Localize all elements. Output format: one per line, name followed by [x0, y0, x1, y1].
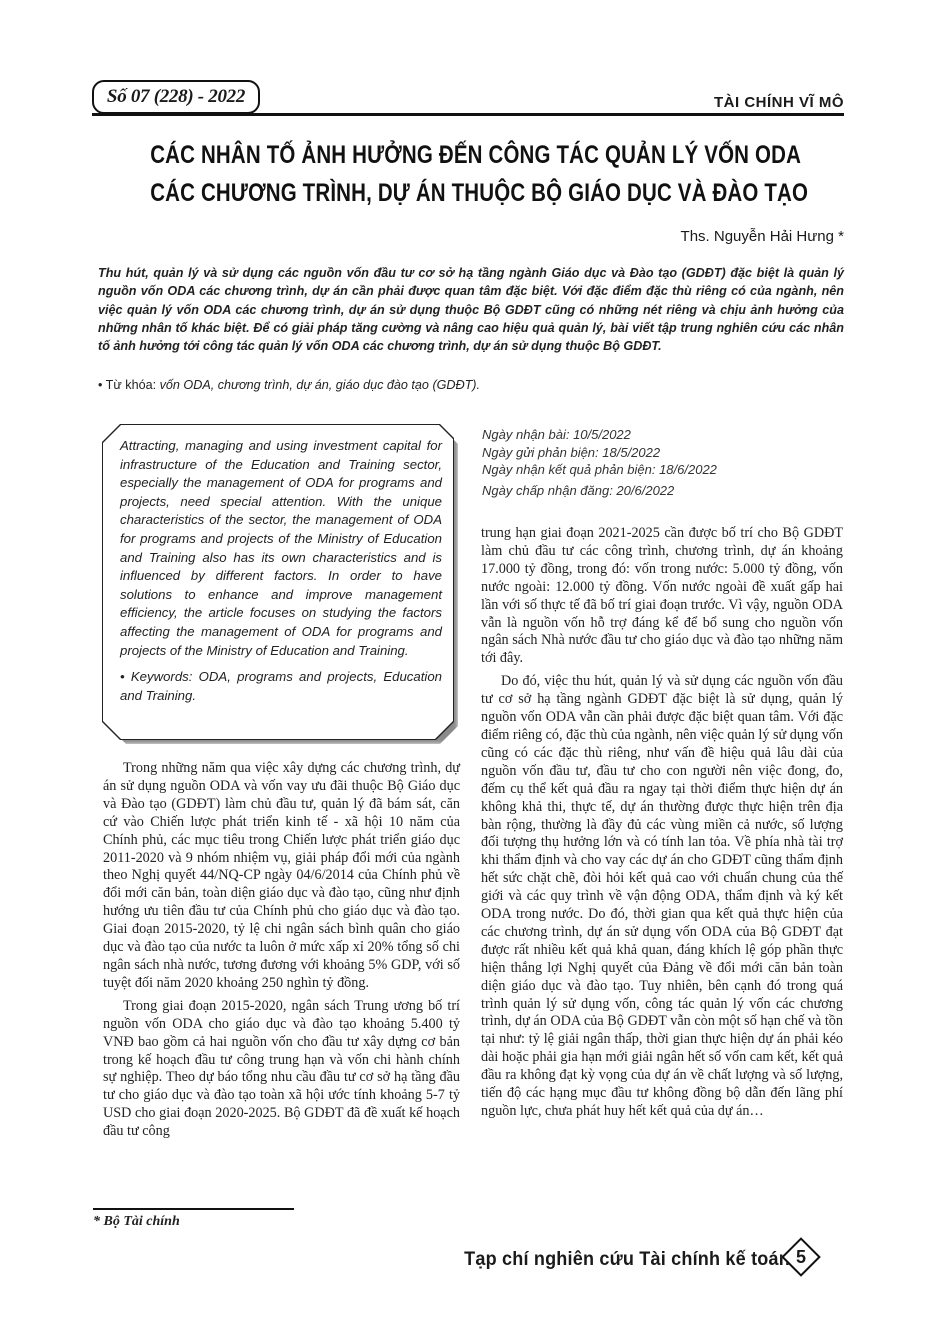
- article-title: CÁC NHÂN TỐ ẢNH HƯỞNG ĐẾN CÔNG TÁC QUẢN …: [150, 136, 790, 212]
- page-number: 5: [787, 1243, 815, 1271]
- vietnamese-keywords: • Từ khóa: vốn ODA, chương trình, dự án,…: [98, 378, 844, 392]
- article-title-line-1: CÁC NHÂN TỐ ẢNH HƯỞNG ĐẾN CÔNG TÁC QUẢN …: [150, 136, 790, 174]
- body-paragraph: Trong những năm qua việc xây dựng các ch…: [103, 760, 460, 993]
- body-paragraph: Trong giai đoạn 2015-2020, ngân sách Tru…: [103, 998, 460, 1141]
- vietnamese-summary: Thu hút, quản lý và sử dụng các nguồn vố…: [98, 264, 844, 355]
- date-review-result: Ngày nhận kết quả phản biện: 18/6/2022: [482, 461, 842, 479]
- section-label: TÀI CHÍNH VĨ MÔ: [714, 94, 844, 111]
- body-paragraph: Do đó, việc thu hút, quản lý và sử dụng …: [481, 673, 843, 1121]
- submission-dates: Ngày nhận bài: 10/5/2022 Ngày gửi phản b…: [482, 426, 842, 499]
- english-keywords: • Keywords: ODA, programs and projects, …: [120, 668, 442, 705]
- body-column-left: Trong những năm qua việc xây dựng các ch…: [103, 760, 460, 1146]
- body-column-right: trung hạn giai đoạn 2021-2025 cần được b…: [481, 525, 843, 1126]
- date-accepted: Ngày chấp nhận đăng: 20/6/2022: [482, 482, 842, 500]
- body-paragraph: trung hạn giai đoạn 2021-2025 cần được b…: [481, 525, 843, 668]
- article-title-line-2: CÁC CHƯƠNG TRÌNH, DỰ ÁN THUỘC BỘ GIÁO DỤ…: [150, 174, 790, 212]
- english-abstract: Attracting, managing and using investmen…: [120, 437, 442, 660]
- date-received: Ngày nhận bài: 10/5/2022: [482, 426, 842, 444]
- english-abstract-box: Attracting, managing and using investmen…: [103, 425, 453, 739]
- journal-name: Tạp chí nghiên cứu Tài chính kế toán: [464, 1249, 790, 1271]
- issue-number-badge: Số 07 (228) - 2022: [92, 80, 260, 114]
- keywords-list: vốn ODA, chương trình, dự án, giáo dục đ…: [160, 378, 480, 392]
- date-sent-for-review: Ngày gửi phản biện: 18/5/2022: [482, 444, 842, 462]
- author-affiliation-footnote: * Bộ Tài chính: [93, 1214, 180, 1230]
- author-byline: Ths. Nguyễn Hải Hưng *: [681, 228, 844, 245]
- journal-page: Số 07 (228) - 2022 TÀI CHÍNH VĨ MÔ CÁC N…: [0, 0, 943, 1333]
- footnote-divider: [93, 1208, 294, 1210]
- keywords-label: • Từ khóa:: [98, 378, 160, 392]
